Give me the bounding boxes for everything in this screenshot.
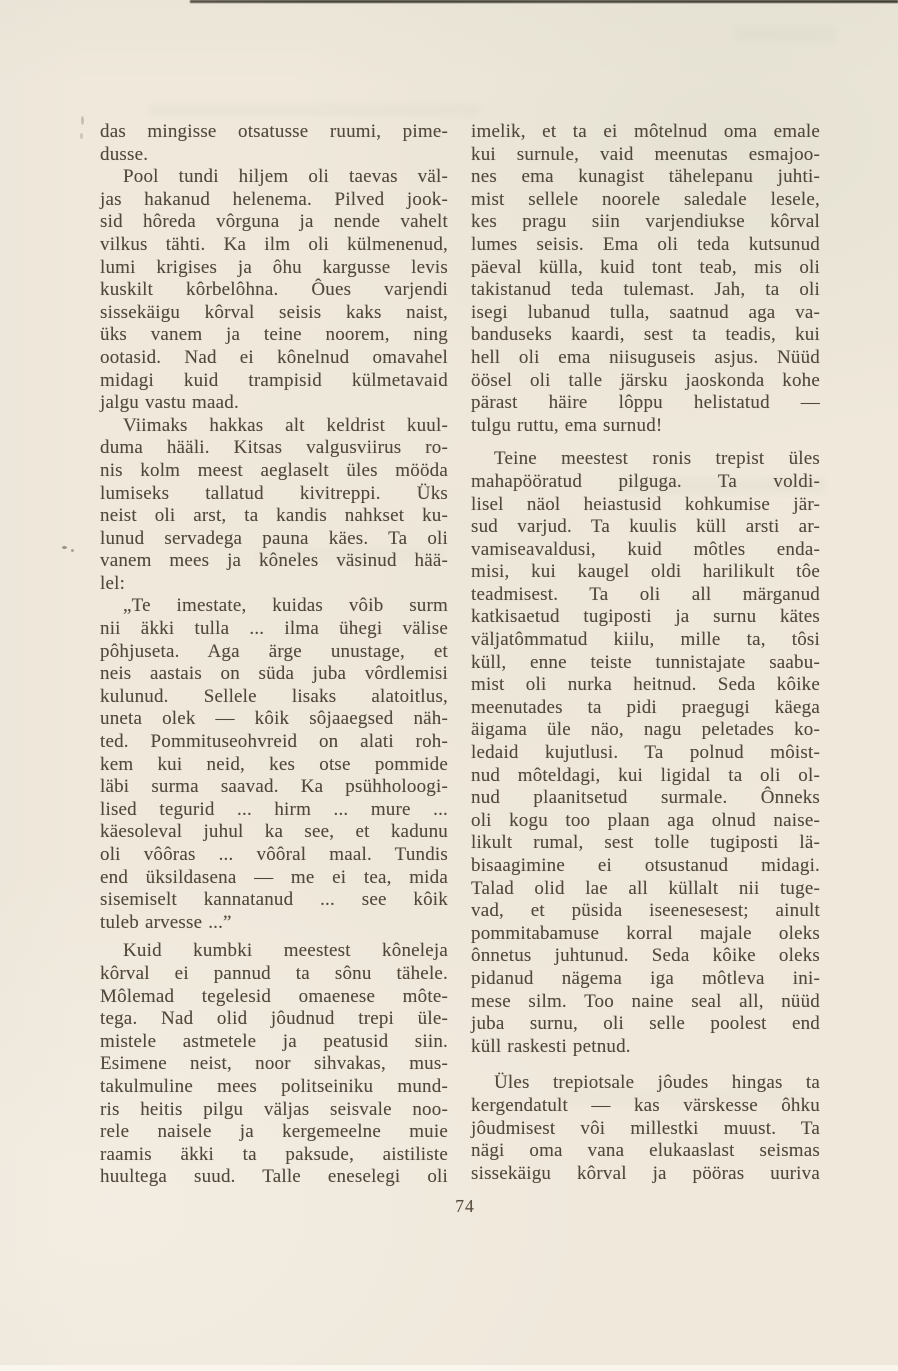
text-line: Teine meestest ronis trepist üles	[471, 448, 820, 471]
text-line: lumes seisis. Ema oli teda kutsunud	[471, 234, 820, 257]
text-line: midagi kuid trampisid külmetavaid	[100, 370, 448, 393]
text-line: mahapööratud pilguga. Ta voldi-	[471, 471, 820, 494]
text-line: vilkus tähti. Ka ilm oli külmenenud,	[100, 234, 448, 257]
text-line: nägi oma vana elukaaslast seismas	[471, 1140, 820, 1163]
text-line: kuskilt kôrbelôhna. Ôues varjendi	[100, 279, 448, 302]
print-bleed-artifact	[150, 104, 480, 116]
text-line: lisel näol heiastusid kohkumise jär-	[471, 494, 820, 517]
text-line: Pool tundi hiljem oli taevas väl-	[100, 166, 448, 189]
text-line: nis kolm meest aeglaselt üles mööda	[100, 460, 448, 483]
text-line: mese silm. Too naine seal all, nüüd	[471, 991, 820, 1014]
text-line: küll raskesti petnud.	[471, 1036, 820, 1059]
text-line: lumiseks tallatud kivitreppi. Üks	[100, 483, 448, 506]
text-line: jalgu vastu maad.	[100, 392, 448, 415]
text-line: nud môteldagi, kui ligidal ta oli ol-	[471, 765, 820, 788]
text-line: likult rumal, sest tolle tugiposti lä-	[471, 832, 820, 855]
text-line: das mingisse otsatusse ruumi, pime-	[100, 121, 448, 144]
text-line: ootasid. Nad ei kônelnud omavahel	[100, 347, 448, 370]
text-line: Viimaks hakkas alt keldrist kuul-	[100, 415, 448, 438]
text-line: nii äkki tulla ... ilma ühegi välise	[100, 618, 448, 641]
text-line: Üles trepiotsale jôudes hingas ta	[471, 1072, 820, 1095]
text-line: pidanud nägema iga môtleva ini-	[471, 968, 820, 991]
page-number: 74	[442, 1196, 488, 1217]
paragraph: „Te imestate, kuidas vôib surmnii äkki t…	[100, 595, 448, 934]
text-line: sissekäigu kôrval ja pööras uuriva	[471, 1163, 820, 1186]
text-line: lel:	[100, 573, 448, 596]
text-line: vanem mees ja kôneles väsinud hää-	[100, 550, 448, 573]
text-line: Môlemad tegelesid omaenese môte-	[100, 986, 448, 1009]
book-page: das mingisse otsatusse ruumi, pime-dusse…	[0, 0, 898, 1371]
text-line: imelik, et ta ei môtelnud oma emale	[471, 121, 820, 144]
text-line: ledaid kujutlusi. Ta polnud môist-	[471, 742, 820, 765]
paragraph: Pool tundi hiljem oli taevas väl-jas hak…	[100, 166, 448, 415]
text-line: vad, et püsida iseenesesest; ainult	[471, 900, 820, 923]
text-line: lumi krigises ja ôhu kargusse levis	[100, 257, 448, 280]
paragraph: Viimaks hakkas alt keldrist kuul-duma hä…	[100, 415, 448, 596]
text-line: tulgu ruttu, ema surnud!	[471, 415, 820, 438]
text-line: küll, enne teiste tunnistajate saabu-	[471, 652, 820, 675]
text-line: pommitabamuse korral majale oleks	[471, 923, 820, 946]
text-line: kem kui neid, kes otse pommide	[100, 754, 448, 777]
text-line: kulunud. Sellele lisaks alatoitlus,	[100, 686, 448, 709]
text-line: takistanud teda tulemast. Jah, ta oli	[471, 279, 820, 302]
text-line: rele naisele ja kergemeelne muie	[100, 1121, 448, 1144]
text-line: läbi surma saavad. Ka psühholoogi-	[100, 776, 448, 799]
text-line: katkisaetud tugiposti ja surnu kätes	[471, 606, 820, 629]
text-line: kôrval ei pannud ta sônu tähele.	[100, 963, 448, 986]
text-line: bisaagimine ei otsustanud midagi.	[471, 855, 820, 878]
text-line: sud varjud. Ta kuulis küll arsti ar-	[471, 516, 820, 539]
text-line: vamiseavaldusi, kuid môtles enda-	[471, 539, 820, 562]
left-text-column: das mingisse otsatusse ruumi, pime-dusse…	[100, 121, 448, 1189]
text-line: neist oli arst, ta kandis nahkset ku-	[100, 505, 448, 528]
text-line: ted. Pommituseohvreid on alati roh-	[100, 731, 448, 754]
text-line: tuleb arvesse ...”	[100, 912, 448, 935]
text-line: juba surnu, oli selle poolest end	[471, 1013, 820, 1036]
text-line: neis aastais on süda juba vôrdlemisi	[100, 663, 448, 686]
text-line: sissekäigu kôrval seisis kaks naist,	[100, 302, 448, 325]
text-line: lunud servadega pauna käes. Ta oli	[100, 528, 448, 551]
text-line: pôhjuseta. Aga ärge unustage, et	[100, 641, 448, 664]
text-line: nes ema kunagist tähelepanu juhti-	[471, 166, 820, 189]
text-line: huultega suud. Talle eneselegi oli	[100, 1166, 448, 1189]
text-line: uneta olek — kôik sôjaaegsed näh-	[100, 708, 448, 731]
text-line: pärast häire lôppu helistatud —	[471, 392, 820, 415]
text-line: mistele astmetele ja peatusid siin.	[100, 1031, 448, 1054]
text-line: duma hääli. Kitsas valgusviirus ro-	[100, 437, 448, 460]
paragraph: Üles trepiotsale jôudes hingas takergend…	[471, 1072, 820, 1185]
text-line: väljatômmatud kiilu, mille ta, tôsi	[471, 629, 820, 652]
text-line: teadmisest. Ta oli all märganud	[471, 584, 820, 607]
text-line: kes pragu siin varjendiukse kôrval	[471, 211, 820, 234]
paragraph: Teine meestest ronis trepist ülesmahapöö…	[471, 448, 820, 1058]
text-line: ônnetus juhtunud. Seda kôike oleks	[471, 945, 820, 968]
scan-edge-artifact	[190, 0, 898, 3]
text-line: misi, kui kaugel oldi harilikult tôe	[471, 561, 820, 584]
margin-ink-speck	[80, 133, 83, 139]
margin-ink-speck	[71, 549, 74, 552]
text-line: jas hakanud helenema. Pilved jook-	[100, 189, 448, 212]
text-line: mist sellele noorele saledale lesele,	[471, 189, 820, 212]
print-bleed-artifact	[735, 26, 835, 42]
margin-ink-speck	[81, 116, 84, 125]
text-line: kui surnule, vaid meenutas esmajoo-	[471, 144, 820, 167]
text-line: raamis äkki ta paksude, aistiliste	[100, 1144, 448, 1167]
paragraph: imelik, et ta ei môtelnud oma emalekui s…	[471, 121, 820, 437]
text-line: oli vôôras ... vôôral maal. Tundis	[100, 844, 448, 867]
paragraph: Kuid kumbki meestest kônelejakôrval ei p…	[100, 940, 448, 1189]
text-line: isegi lubanud tulla, saatnud aga va-	[471, 302, 820, 325]
text-line: meenutades ta pidi praegugi käega	[471, 697, 820, 720]
right-text-column: imelik, et ta ei môtelnud oma emalekui s…	[471, 121, 820, 1185]
text-line: äigama üle näo, nagu peletades ko-	[471, 719, 820, 742]
text-line: öösel oli talle järsku jaoskonda kohe	[471, 370, 820, 393]
text-line: Kuid kumbki meestest kôneleja	[100, 940, 448, 963]
text-line: üks vanem ja teine noorem, ning	[100, 324, 448, 347]
text-line: „Te imestate, kuidas vôib surm	[100, 595, 448, 618]
paragraph: das mingisse otsatusse ruumi, pime-dusse…	[100, 121, 448, 166]
text-line: Talad olid lae all küllalt nii tuge-	[471, 878, 820, 901]
text-line: lised tegurid ... hirm ... mure ...	[100, 799, 448, 822]
text-line: takulmuline mees politseiniku mund-	[100, 1076, 448, 1099]
text-line: banduseks kaardi, sest ta teadis, kui	[471, 324, 820, 347]
text-line: mist oli nurka heitnud. Seda kôike	[471, 674, 820, 697]
text-line: end üksildasena — me ei tea, mida	[100, 867, 448, 890]
margin-ink-speck	[62, 546, 67, 549]
text-line: tega. Nad olid jôudnud trepi üle-	[100, 1008, 448, 1031]
text-line: ris heitis pilgu väljas seisvale noo-	[100, 1099, 448, 1122]
text-line: kergendatult — kas värskesse ôhku	[471, 1095, 820, 1118]
text-line: nud plaanitsetud surmale. Ônneks	[471, 787, 820, 810]
text-line: sisemiselt kannatanud ... see kôik	[100, 889, 448, 912]
text-line: hell oli ema niisuguseis asjus. Nüüd	[471, 347, 820, 370]
text-line: oli kogu too plaan aga olnud naise-	[471, 810, 820, 833]
text-line: käesoleval juhul ka see, et kadunu	[100, 821, 448, 844]
text-line: jôudmisest vôi millestki muust. Ta	[471, 1118, 820, 1141]
text-line: sid hôreda vôrguna ja nende vahelt	[100, 211, 448, 234]
text-line: päeval külla, kuid tont teab, mis oli	[471, 257, 820, 280]
text-line: Esimene neist, noor sihvakas, mus-	[100, 1053, 448, 1076]
text-line: dusse.	[100, 144, 448, 167]
